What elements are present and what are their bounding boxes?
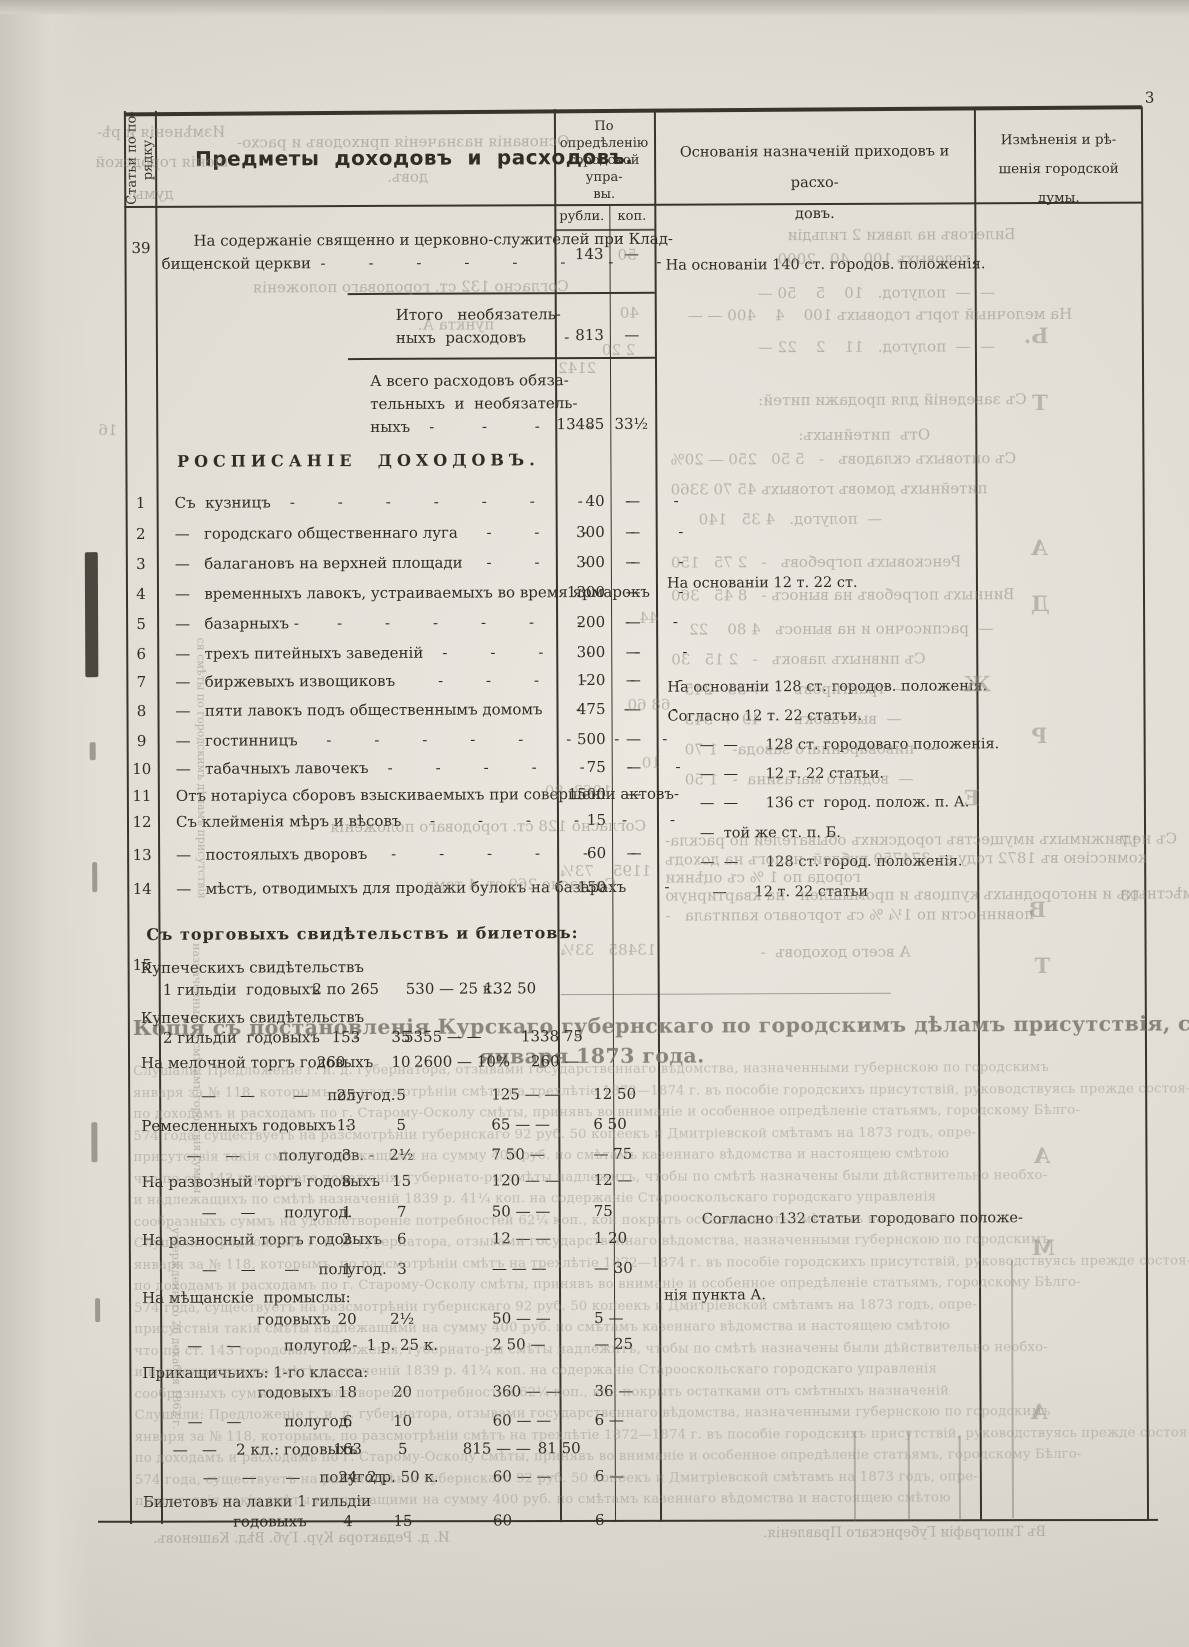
bleedthrough-paragraph-line: по доходамъ и расходамъ по г. Старому-Ос… [135, 1447, 1082, 1467]
income-row-number: 3 [129, 556, 153, 574]
bleedthrough-paragraph-line: января за № 118, которымъ, по разсмотрѣн… [134, 1253, 1189, 1273]
bleedthrough-text: довъ. [387, 169, 428, 187]
bleedthrough-letter: Р [1032, 724, 1048, 749]
income-row-number: 4 [129, 586, 153, 604]
trade-line-count: 4 [343, 1513, 353, 1531]
column-header-changes: Измѣненія и рѣ- шенія городской думы. [977, 126, 1140, 214]
income-row-number: 11 [130, 788, 154, 806]
table-rule-top [124, 105, 1142, 116]
bleedthrough-text: думы. [127, 186, 174, 204]
income-row-label: — городскаго общественнаго луга - - - - … [175, 524, 684, 544]
bleedthrough-text: 44 [639, 610, 658, 628]
bleedthrough-letter: Ь. [1024, 324, 1049, 349]
bleedthrough-text: годовыхъ 100 40 2000 [778, 250, 971, 269]
bleedthrough-letter: Т [1032, 391, 1048, 416]
income-row-number: 1 [129, 495, 153, 513]
trade-line-label: Купеческихъ свидѣтельствъ [141, 959, 364, 978]
income-row-rubles: 200 [557, 614, 605, 632]
expense-rubles: 143 [563, 246, 603, 264]
trade-line-tax: 132 50 [484, 980, 537, 998]
bleedthrough-letter: Е [964, 786, 980, 811]
bleedthrough-text: 1195 73¼ [560, 863, 651, 881]
bleedthrough-text: города по 1 % съ оцѣнки [665, 869, 860, 888]
income-row-kopecks: — [615, 644, 651, 662]
bleedthrough-text: 1063 80 [545, 783, 612, 801]
bleedthrough-text: Съ пивныхъ лавокъ - 2 15 30 [671, 651, 925, 670]
bleedthrough-text: — трактировъ - 7 35 245 [684, 681, 910, 700]
bleedthrough-text: Ренсковыхъ погребовъ - 2 75 150 [671, 553, 961, 572]
column-header-determination: По опредѣленію городской упра- вы. [555, 118, 653, 203]
trade-line-tax: 6 — [595, 1512, 624, 1530]
bleedthrough-text: Съ оптовыхъ складовъ - 5 50 250 — 20% [670, 450, 1016, 469]
trade-line-tax: 1338 75 [521, 1028, 583, 1046]
income-row-kopecks: — [616, 786, 652, 804]
bleedthrough-paragraph-line: присутствія такія смѣты надлежащими на с… [134, 1318, 950, 1337]
income-row-number: 9 [130, 733, 154, 751]
bleedthrough-text: — пивовареннаго завода- 1 70 [685, 740, 939, 759]
income-row-rubles: 300 [557, 554, 605, 572]
bleedthrough-text: 2 20 [602, 342, 635, 360]
trade-section-heading: Съ торговыхъ свидѣтельствъ и билетовъ: [146, 924, 578, 945]
income-row-number: 7 [129, 674, 153, 692]
income-row-kopecks: — [616, 731, 652, 749]
income-row-rubles: 1300 [557, 584, 605, 602]
bleedthrough-text: Съ заведеній для продажи питей: [758, 391, 1027, 410]
bleedthrough-text: — воднаго магазина - 1 50 [685, 771, 914, 790]
bleedthrough-letter: В [1028, 898, 1046, 923]
bleedthrough-text: Съ мѣстныхъ и иногородныхъ купцовъ и про… [665, 885, 1189, 905]
bleedthrough-letter: Ж [963, 672, 991, 697]
bleedthrough-text: — расписочно и на выносъ 4 80 22 [689, 620, 993, 639]
grounds-note: — — 136 ст город. полож. п. А. [700, 794, 969, 812]
income-row-rubles: 40 [557, 493, 605, 511]
bleedthrough-letter: А [1033, 1144, 1050, 1169]
column-header-rubles: рубли. [554, 209, 609, 225]
income-row-number: 13 [130, 847, 154, 865]
bleedthrough-text: 16 [98, 422, 117, 440]
income-row-number: 12 [130, 814, 154, 832]
bleedthrough-text: Отъ питейныхъ: [798, 427, 930, 445]
footer-printer-line: Въ Типографіи Губернскаго Правленія. [763, 1525, 1046, 1542]
bleedthrough-text: — полугод. 4 35 140 [699, 511, 883, 529]
bleedthrough-text: 17 [1120, 834, 1139, 852]
bleedthrough-letter: Т [1035, 954, 1051, 979]
row-number: 39 [131, 240, 150, 258]
bleedthrough-paragraph-line: и надлежащихъ по смѣтѣ назначеній 1839 р… [134, 1362, 937, 1381]
ink-dot [92, 862, 97, 892]
bleedthrough-text: Основанія назначенія приходовъ и расхо- [237, 133, 569, 152]
subtotal-rubles: 813 [564, 327, 604, 345]
bleedthrough-vertical-rule [908, 1431, 910, 1521]
table-vrule-right [1141, 107, 1149, 1520]
income-section-heading: РОСПИСАНІЕ ДОХОДОВЪ. [177, 451, 540, 471]
bleedthrough-paragraph-line: января за № 118, которымъ, по разсмотрѣн… [135, 1425, 1189, 1445]
column-header-kopecks: коп. [609, 209, 654, 225]
income-row-kopecks: — [615, 584, 651, 602]
income-row-kopecks: — [615, 493, 651, 511]
income-row-number: 8 [129, 703, 153, 721]
bleedthrough-paragraph-line: присутствія такія смѣты надлежащими на с… [133, 1146, 949, 1165]
bleedthrough-text: шенія городской [95, 154, 228, 172]
income-row-number: 10 [130, 761, 154, 779]
income-row-label: — балагановъ на верхней площади - - - - … [175, 554, 684, 574]
bleedthrough-text: 50 [617, 247, 636, 265]
bleedthrough-paragraph-line: и надлежащихъ по смѣтѣ назначеній 1839 р… [134, 1190, 937, 1209]
bleedthrough-paragraph-line: что по ст. 143 городоваго положенія, губ… [134, 1340, 1048, 1360]
footer-editor-line: И. д. Редактора Кур. Губ. Вѣд. Кашеновъ. [153, 1531, 450, 1548]
bleedthrough-text: 68 60 [627, 697, 670, 715]
bleedthrough-text: Билетовъ на лавки 2 гильдіи [787, 226, 1015, 245]
income-row-rubles: 75 [558, 759, 606, 777]
ink-dot [95, 1298, 100, 1322]
bleedthrough-letter: А [1031, 536, 1048, 561]
bleedthrough-text: Согласно 132 ст. городоваго положенія [253, 278, 569, 297]
bleedthrough-text: комиссіею въ 1872 году въ 374750 рублей,… [665, 850, 1147, 870]
income-row-label: — биржевыхъ извощиковъ - - - - - - [175, 672, 683, 692]
bleedthrough-text: 10 [642, 755, 661, 773]
income-row-number: 2 [129, 526, 153, 544]
trade-line-sum: 5355 — — [404, 1028, 482, 1046]
column-header-grounds: Основанія назначеній приходовъ и расхо- … [657, 136, 972, 230]
ink-dot [91, 1122, 97, 1162]
bleedthrough-text: Согласно 128 ст. городоваго положенія [330, 818, 646, 837]
bleedthrough-paragraph-line: 574 года, существуетъ на разсмотрѣніи гу… [133, 1125, 976, 1144]
bleedthrough-text: 18 [1120, 888, 1139, 906]
income-row-rubles: 300 [557, 644, 605, 662]
income-row-rubles: 60 [558, 845, 606, 863]
bleedthrough-text: Винныхъ погребовъ на выносъ - 8 45 360 [671, 586, 1015, 605]
bleedthrough-paragraph-line: Слушали: Предложеніе г. и. д. губернатор… [134, 1232, 1050, 1252]
bleedthrough-vertical-rule [1011, 1260, 1014, 1518]
trade-line-sum: 60 — — [493, 1512, 552, 1530]
bleedthrough-text: повинности по 1¼ % съ торговаго капитала… [665, 906, 1034, 925]
bleedthrough-paragraph-line: по доходамъ и расходамъ по г. Старому-Ос… [133, 1103, 1080, 1123]
bleedthrough-text: — — полугод. 10 5 50 — [758, 284, 995, 303]
ink-smudge-bar [85, 552, 99, 677]
bleedthrough-paragraph-line: Слушали: Предложеніе г. и. д. губернатор… [135, 1404, 1051, 1424]
income-row-label: — временныхъ лавокъ, устраиваемыхъ во вр… [175, 584, 684, 604]
bleedthrough-text: 40 [620, 305, 639, 323]
total-line2: тельныхъ и необязатель- [370, 395, 577, 414]
bleedthrough-vertical-rule [854, 1431, 856, 1521]
bleedthrough-paragraph-line: что по ст. 143 городоваго положенія, губ… [134, 1168, 1048, 1188]
document-sheet: 3 Статьи по по- рядку. Предметы доходовъ… [0, 0, 1189, 1647]
bleedthrough-paragraph-line: присутствія такія смѣты надлежащими на с… [135, 1490, 951, 1509]
trade-line-label: Купеческихъ свидѣтельствъ [141, 1009, 364, 1028]
bleedthrough-paragraph-line: Слушали: Предложеніе г. и. д. губернатор… [133, 1060, 1049, 1080]
bleedthrough-text: — — полугод. 11 2 22 — [758, 338, 995, 357]
bleedthrough-text: 13485 33¼ [561, 942, 657, 960]
bleedthrough-text: ся смѣты по городскимъ дѣламъ присутстві… [193, 638, 207, 899]
income-row-number: 5 [129, 616, 153, 634]
bleedthrough-paragraph-line: 574 года, существуетъ на разсмотрѣніи гу… [135, 1469, 978, 1488]
income-row-kopecks: — [615, 672, 651, 690]
bleedthrough-letter: Д [1031, 592, 1050, 617]
table-rule-faint-strike [561, 993, 891, 995]
trade-line-label: годовыхъ [233, 1513, 307, 1531]
total-kopecks: 33½ [611, 416, 651, 434]
bleedthrough-text: На мелочный торгъ годовыхъ 100 4 400 — — [688, 306, 1072, 325]
income-row-kopecks: — [616, 845, 652, 863]
bleedthrough-text: Съ недвижимыхъ имуществъ городскихъ обыв… [665, 830, 1177, 850]
bleedthrough-text: — выставокъ - 49 7 343 [685, 711, 902, 730]
bleedthrough-text: Измѣненія и рѣ- [97, 124, 225, 142]
bleedthrough-text: пункта А. [418, 316, 494, 334]
income-row-number: 6 [129, 646, 153, 664]
income-row-kopecks: — [615, 524, 651, 542]
trade-line-count: 153 [332, 1029, 361, 1047]
bleedthrough-paragraph-line: сообразныхъ суммъ на удовлетвореніе потр… [134, 1383, 949, 1402]
bleedthrough-text: А всего доходовъ - [761, 944, 911, 962]
total-line1: А всего расходовъ обяза- [370, 372, 569, 391]
income-row-rubles: 500 [558, 731, 606, 749]
trade-line-rate: 15 [393, 1513, 412, 1531]
page-number: 3 [1145, 90, 1155, 108]
bleedthrough-paragraph-line: 574 года, существуетъ на разсмотрѣніи гу… [134, 1297, 977, 1316]
scanned-page: 3 Статьи по по- рядку. Предметы доходовъ… [0, 0, 1189, 1647]
income-row-label: — трехъ питейныхъ заведеній - - - - - - [175, 644, 687, 664]
income-row-kopecks: — [615, 554, 651, 572]
income-row-number: 14 [130, 881, 154, 899]
income-row-rubles: 475 [557, 701, 605, 719]
income-row-rubles: 300 [557, 524, 605, 542]
ink-dot [90, 742, 96, 760]
bleedthrough-vertical-rule [959, 1435, 961, 1520]
bleedthrough-text: питейныхъ домовъ готовыхъ 45 70 3360 [671, 480, 988, 499]
bleedthrough-paragraph-line: по доходамъ и расходамъ по г. Старому-Ос… [134, 1275, 1081, 1295]
bleedthrough-paragraph-line: января за № 118, которымъ, по разсмотрѣн… [133, 1081, 1189, 1101]
bleedthrough-text: 2142 [558, 360, 596, 378]
total-rubles: 13485 [556, 416, 604, 434]
trade-line-count: 2 по 265 [312, 981, 379, 999]
income-row-rubles: 120 [557, 672, 605, 690]
